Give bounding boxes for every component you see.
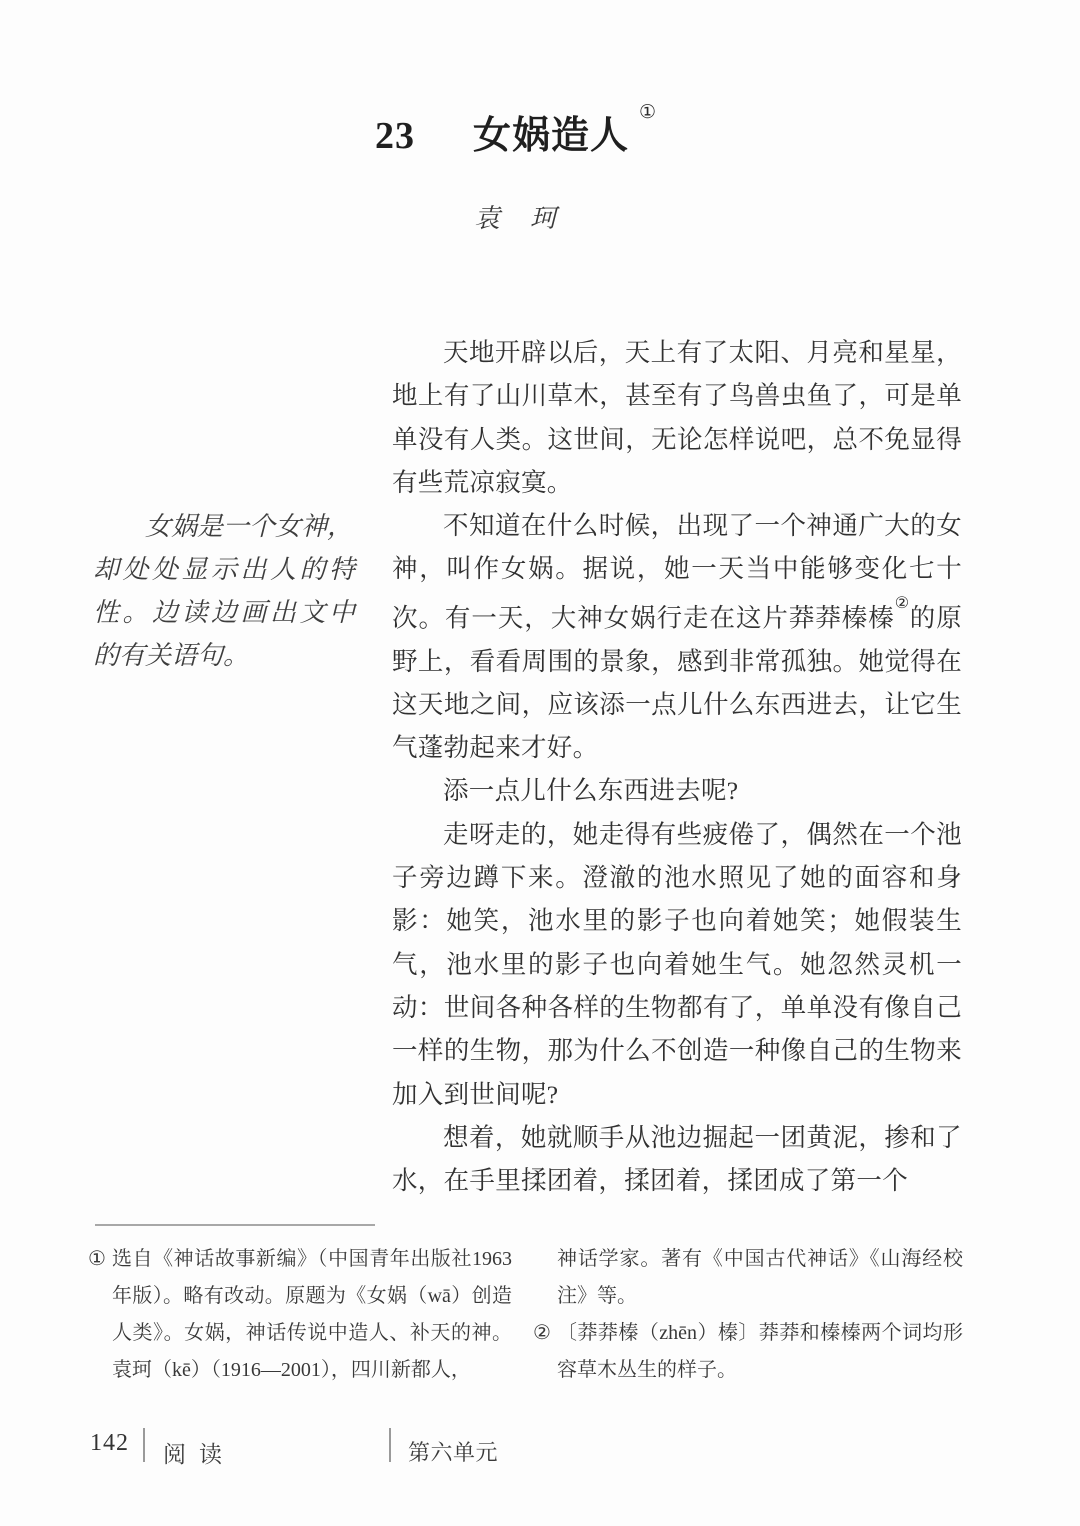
side-note-line: 性。边读边画出文中 [93, 591, 355, 634]
author-name: 袁 珂 [85, 198, 947, 235]
footnote-column-right: 神话学家。著有《中国古代神话》《山海经校注》等。②〔莽莽榛（zhēn）榛〕莽莽和… [533, 1241, 963, 1389]
main-text-column: 天地开辟以后，天上有了太阳、月亮和星星，地上有了山川草木，甚至有了鸟兽虫鱼了，可… [392, 331, 962, 1202]
side-note-line: 女娲是一个女神， [93, 505, 355, 548]
footnote-item: ②〔莽莽榛（zhēn）榛〕莽莽和榛榛两个词均形容草木丛生的样子。 [533, 1315, 963, 1389]
footer-page-number: 142 [90, 1430, 129, 1457]
footer-separator-bar [143, 1428, 145, 1462]
footnote-item: 神话学家。著有《中国古代神话》《山海经校注》等。 [533, 1241, 963, 1315]
body-paragraph: 天地开辟以后，天上有了太阳、月亮和星星，地上有了山川草木，甚至有了鸟兽虫鱼了，可… [392, 331, 962, 504]
margin-side-note: 女娲是一个女神，却处处显示出人的特性。边读边画出文中的有关语句。 [93, 505, 355, 677]
footer-separator-bar [389, 1428, 391, 1462]
body-paragraph: 走呀走的，她走得有些疲倦了，偶然在一个池子旁边蹲下来。澄澈的池水照见了她的面容和… [392, 813, 962, 1116]
page-title: 23女娲造人① [85, 104, 947, 159]
lesson-title: 女娲造人 [473, 115, 629, 157]
textbook-page: 23女娲造人① 袁 珂 女娲是一个女神，却处处显示出人的特性。边读边画出文中的有… [0, 0, 1080, 1526]
footnote-column-left: ①选自《神话故事新编》（中国青年出版社1963年版）。略有改动。原题为《女娲（w… [88, 1241, 512, 1389]
body-paragraph: 想着，她就顺手从池边掘起一团黄泥，掺和了水，在手里揉团着，揉团着，揉团成了第一个 [392, 1116, 962, 1203]
footnote-divider [95, 1224, 375, 1226]
footnote-text: 神话学家。著有《中国古代神话》《山海经校注》等。 [557, 1241, 963, 1315]
footer-section-label: 阅读 [163, 1436, 235, 1469]
lesson-number: 23 [375, 115, 415, 157]
side-note-line: 却处处显示出人的特 [93, 548, 355, 591]
footnote-marker: ② [533, 1315, 557, 1352]
footnote-ref: ② [895, 595, 910, 612]
title-footnote-ref: ① [639, 102, 657, 123]
body-paragraph: 添一点儿什么东西进去呢? [392, 769, 962, 812]
footnote-marker: ① [88, 1241, 112, 1278]
footnote-item: ①选自《神话故事新编》（中国青年出版社1963年版）。略有改动。原题为《女娲（w… [88, 1241, 512, 1389]
footnote-text: 选自《神话故事新编》（中国青年出版社1963年版）。略有改动。原题为《女娲（wā… [112, 1241, 512, 1389]
footer-unit-label: 第六单元 [408, 1436, 498, 1467]
side-note-line: 的有关语句。 [93, 634, 355, 677]
body-paragraph: 不知道在什么时候，出现了一个神通广大的女神，叫作女娲。据说，她一天当中能够变化七… [392, 504, 962, 769]
footnote-text: 〔莽莽榛（zhēn）榛〕莽莽和榛榛两个词均形容草木丛生的样子。 [557, 1315, 963, 1389]
